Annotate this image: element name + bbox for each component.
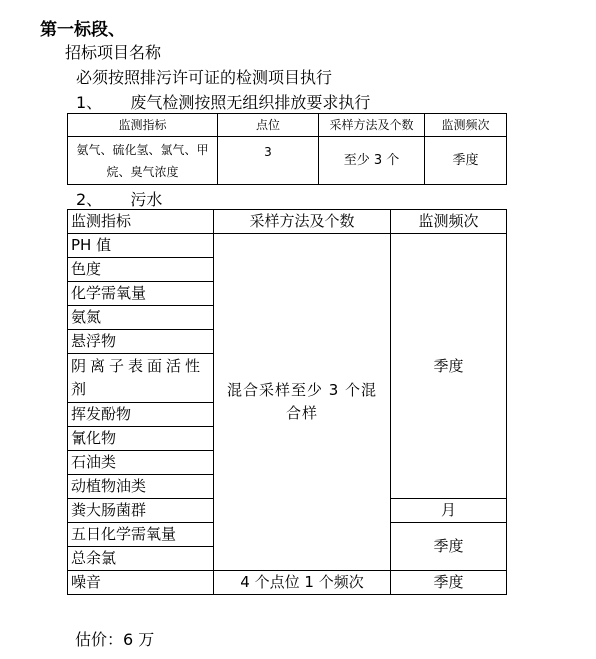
cell-indicator: PH 值	[68, 234, 214, 258]
cell-indicator: 悬浮物	[68, 330, 214, 354]
header-indicator: 监测指标	[68, 210, 214, 234]
cell-points: 3	[218, 137, 319, 185]
section1-heading: 1、 废气检测按照无组织排放要求执行	[76, 90, 370, 113]
cell-indicator: 阴离子表面活性剂	[68, 354, 214, 403]
exhaust-gas-table: 监测指标 点位 采样方法及个数 监测频次 氨气、硫化氢、氯气、甲烷、臭气浓度 3…	[67, 113, 507, 185]
table-row: 氨气、硫化氢、氯气、甲烷、臭气浓度 3 至少 3 个 季度	[68, 137, 507, 185]
cell-indicator: 总余氯	[68, 547, 214, 571]
section-title: 第一标段、	[40, 15, 125, 40]
cell-indicator: 氨气、硫化氢、氯气、甲烷、臭气浓度	[68, 137, 218, 185]
cell-noise-frequency: 季度	[391, 571, 507, 595]
header-frequency: 监测频次	[391, 210, 507, 234]
cell-noise-method: 4 个点位 1 个频次	[214, 571, 391, 595]
header-indicator: 监测指标	[68, 114, 218, 137]
requirement-text: 必须按照排污许可证的检测项目执行	[76, 65, 332, 88]
price-estimate: 估价：6 万	[75, 627, 154, 650]
section1-title: 废气检测按照无组织排放要求执行	[130, 93, 370, 112]
cell-frequency-merged: 季度	[391, 234, 507, 499]
table-row: PH 值 混合采样至少 3 个混合样 季度	[68, 234, 507, 258]
header-method: 采样方法及个数	[319, 114, 425, 137]
section2-title: 污水	[130, 190, 162, 209]
cell-indicator: 色度	[68, 258, 214, 282]
cell-indicator: 五日化学需氧量	[68, 523, 214, 547]
header-points: 点位	[218, 114, 319, 137]
cell-indicator: 噪音	[68, 571, 214, 595]
cell-indicator: 挥发酚物	[68, 403, 214, 427]
section2-number: 2、	[76, 190, 102, 209]
table-row: 噪音 4 个点位 1 个频次 季度	[68, 571, 507, 595]
cell-method-merged: 混合采样至少 3 个混合样	[214, 234, 391, 571]
section1-number: 1、	[76, 93, 102, 112]
cell-indicator: 石油类	[68, 451, 214, 475]
header-frequency: 监测频次	[425, 114, 507, 137]
cell-indicator: 氨氮	[68, 306, 214, 330]
project-name: 招标项目名称	[65, 40, 161, 63]
cell-indicator: 动植物油类	[68, 475, 214, 499]
cell-indicator: 粪大肠菌群	[68, 499, 214, 523]
cell-indicator: 氰化物	[68, 427, 214, 451]
cell-frequency-monthly: 月	[391, 499, 507, 523]
cell-indicator: 化学需氧量	[68, 282, 214, 306]
section2-heading: 2、 污水	[76, 187, 162, 210]
cell-method: 至少 3 个	[319, 137, 425, 185]
wastewater-table: 监测指标 采样方法及个数 监测频次 PH 值 混合采样至少 3 个混合样 季度 …	[67, 209, 507, 595]
table-header-row: 监测指标 点位 采样方法及个数 监测频次	[68, 114, 507, 137]
table-header-row: 监测指标 采样方法及个数 监测频次	[68, 210, 507, 234]
cell-frequency: 季度	[425, 137, 507, 185]
cell-frequency-merged-2: 季度	[391, 523, 507, 571]
header-method: 采样方法及个数	[214, 210, 391, 234]
